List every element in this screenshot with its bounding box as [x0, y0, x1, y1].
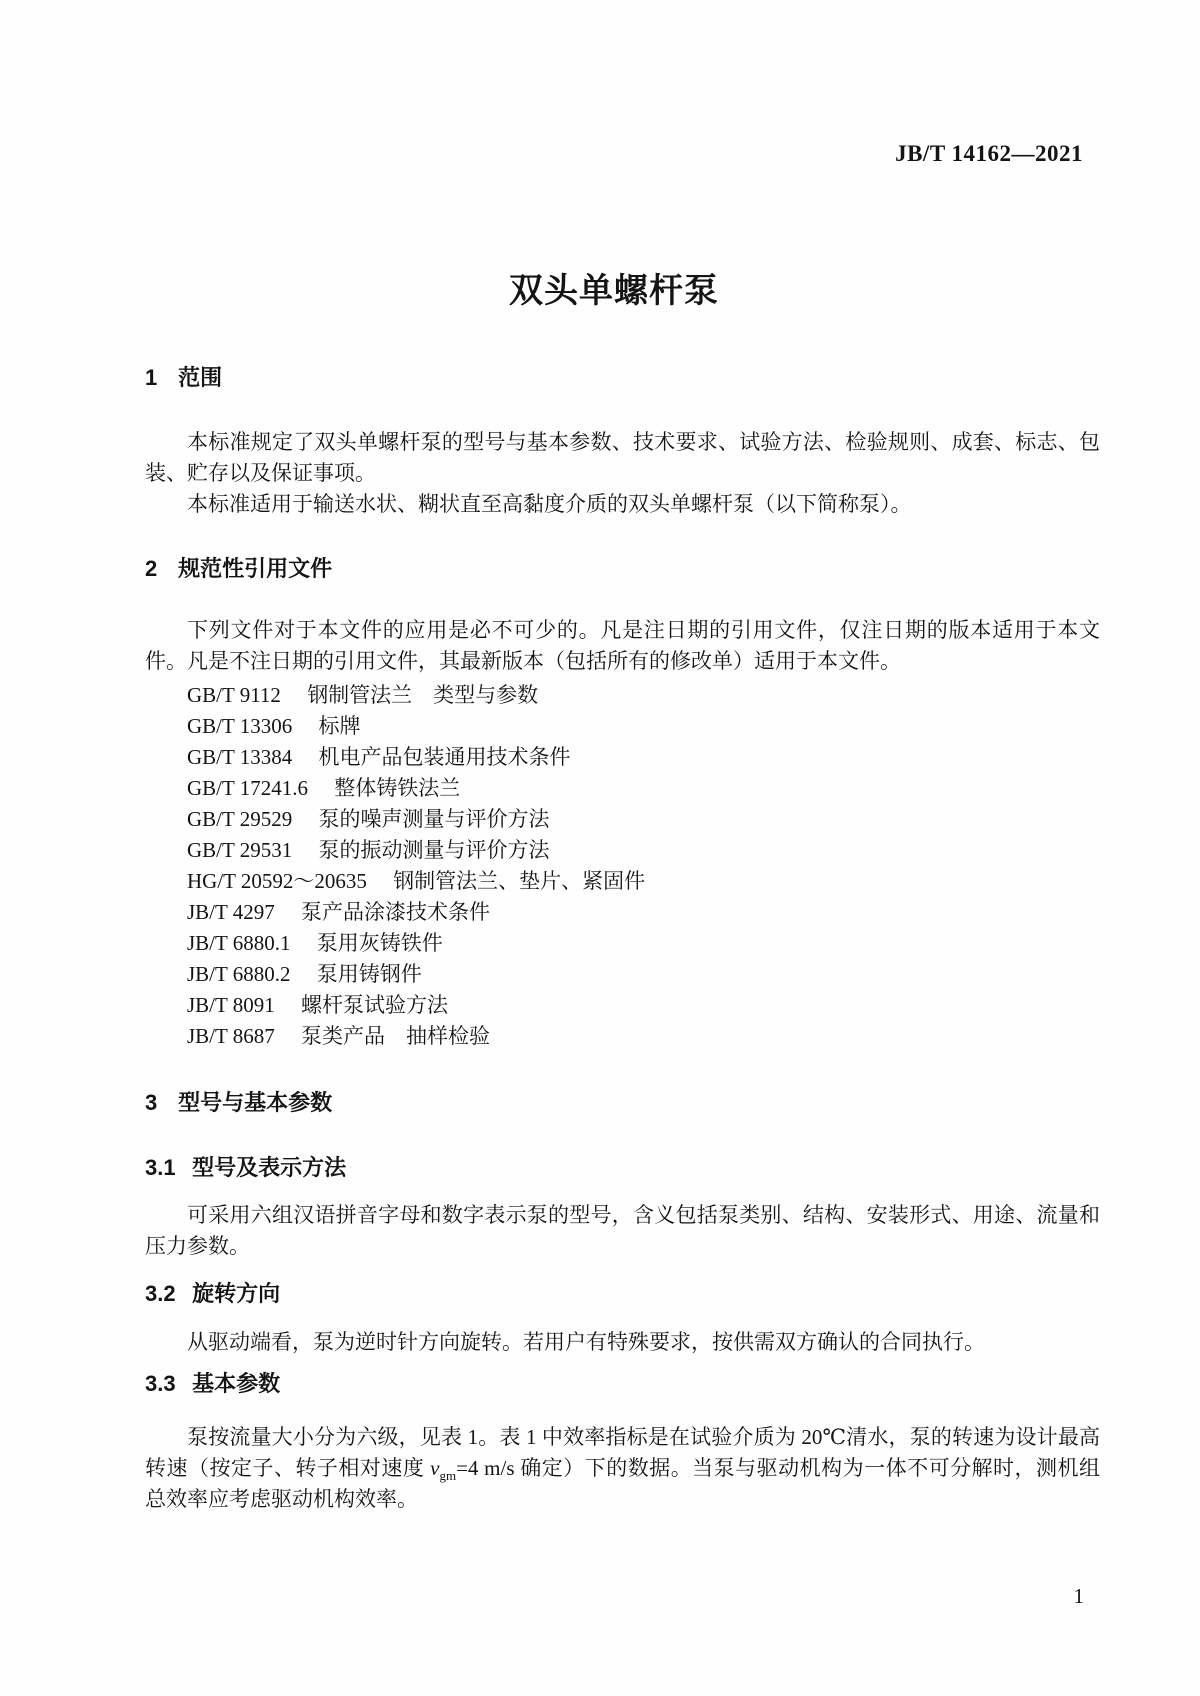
reference-item: GB/T 9112钢制管法兰 类型与参数 [145, 680, 1100, 711]
reference-code: GB/T 13306 [187, 714, 292, 738]
reference-title: 机电产品包装通用技术条件 [318, 745, 570, 769]
rotation-direction-paragraph: 从驱动端看，泵为逆时针方向旋转。若用户有特殊要求，按供需双方确认的合同执行。 [145, 1327, 1100, 1358]
section-3-1-heading: 3.1型号及表示方法 [145, 1154, 1100, 1182]
reference-code: HG/T 20592～20635 [187, 869, 367, 893]
reference-title: 泵的噪声测量与评价方法 [318, 807, 549, 831]
reference-item: JB/T 6880.1泵用灰铸铁件 [145, 928, 1100, 959]
reference-item: GB/T 29529泵的噪声测量与评价方法 [145, 804, 1100, 835]
scope-paragraph-2: 本标准适用于输送水状、糊状直至高黏度介质的双头单螺杆泵（以下简称泵）。 [145, 489, 1100, 520]
velocity-variable-subscript: gm [439, 1468, 456, 1483]
reference-title: 钢制管法兰 类型与参数 [307, 683, 538, 707]
section-3-number: 3 [145, 1089, 157, 1117]
reference-item: GB/T 17241.6整体铸铁法兰 [145, 773, 1100, 804]
section-3-2-heading: 3.2旋转方向 [145, 1280, 1100, 1308]
section-3-2-title: 旋转方向 [192, 1281, 280, 1306]
section-2-heading: 2规范性引用文件 [145, 555, 1100, 583]
reference-code: JB/T 4297 [187, 900, 275, 924]
model-designation-paragraph: 可采用六组汉语拼音字母和数字表示泵的型号，含义包括泵类别、结构、安装形式、用途、… [145, 1200, 1100, 1262]
reference-title: 泵用铸钢件 [317, 962, 422, 986]
section-2-title: 规范性引用文件 [178, 556, 332, 581]
reference-code: GB/T 9112 [187, 683, 281, 707]
reference-title: 整体铸铁法兰 [334, 776, 460, 800]
reference-item: GB/T 13306标牌 [145, 711, 1100, 742]
section-1-number: 1 [145, 364, 157, 392]
standard-code: JB/T 14162—2021 [895, 141, 1083, 167]
references-intro-paragraph: 下列文件对于本文件的应用是必不可少的。凡是注日期的引用文件，仅注日期的版本适用于… [145, 615, 1100, 677]
reference-code: GB/T 29529 [187, 807, 292, 831]
reference-list: GB/T 9112钢制管法兰 类型与参数 GB/T 13306标牌 GB/T 1… [145, 680, 1100, 1052]
section-3-2-number: 3.2 [145, 1280, 176, 1308]
reference-code: JB/T 8091 [187, 993, 275, 1017]
section-3-3-title: 基本参数 [192, 1371, 280, 1396]
document-title: 双头单螺杆泵 [28, 263, 1200, 312]
reference-title: 螺杆泵试验方法 [301, 993, 448, 1017]
reference-item: GB/T 29531泵的振动测量与评价方法 [145, 835, 1100, 866]
reference-title: 标牌 [318, 714, 360, 738]
reference-item: JB/T 6880.2泵用铸钢件 [145, 959, 1100, 990]
scope-paragraph-1: 本标准规定了双头单螺杆泵的型号与基本参数、技术要求、试验方法、检验规则、成套、标… [145, 427, 1100, 489]
section-3-heading: 3型号与基本参数 [145, 1089, 1100, 1117]
document-page: JB/T 14162—2021 双头单螺杆泵 1范围 本标准规定了双头单螺杆泵的… [0, 0, 1200, 1696]
reference-code: JB/T 6880.1 [187, 931, 290, 955]
section-1-heading: 1范围 [145, 364, 1100, 392]
basic-parameters-paragraph: 泵按流量大小分为六级，见表 1。表 1 中效率指标是在试验介质为 20℃清水，泵… [145, 1422, 1100, 1515]
section-3-title: 型号与基本参数 [178, 1090, 332, 1115]
reference-code: JB/T 6880.2 [187, 962, 290, 986]
reference-item: GB/T 13384机电产品包装通用技术条件 [145, 742, 1100, 773]
section-1-title: 范围 [178, 365, 222, 390]
reference-item: JB/T 8687泵类产品 抽样检验 [145, 1021, 1100, 1052]
reference-title: 泵的振动测量与评价方法 [318, 838, 549, 862]
reference-code: GB/T 29531 [187, 838, 292, 862]
reference-item: HG/T 20592～20635钢制管法兰、垫片、紧固件 [145, 866, 1100, 897]
section-2-number: 2 [145, 555, 157, 583]
section-3-1-title: 型号及表示方法 [192, 1155, 346, 1180]
reference-code: GB/T 17241.6 [187, 776, 308, 800]
reference-title: 泵产品涂漆技术条件 [301, 900, 490, 924]
reference-item: JB/T 4297泵产品涂漆技术条件 [145, 897, 1100, 928]
reference-item: JB/T 8091螺杆泵试验方法 [145, 990, 1100, 1021]
reference-title: 钢制管法兰、垫片、紧固件 [393, 869, 645, 893]
reference-title: 泵用灰铸铁件 [317, 931, 443, 955]
reference-code: JB/T 8687 [187, 1024, 275, 1048]
reference-code: GB/T 13384 [187, 745, 292, 769]
section-3-3-heading: 3.3基本参数 [145, 1370, 1100, 1398]
page-number: 1 [1074, 1584, 1085, 1609]
reference-title: 泵类产品 抽样检验 [301, 1024, 490, 1048]
section-3-1-number: 3.1 [145, 1154, 176, 1182]
section-3-3-number: 3.3 [145, 1370, 176, 1398]
document-body: 1范围 本标准规定了双头单螺杆泵的型号与基本参数、技术要求、试验方法、检验规则、… [145, 364, 1100, 1515]
